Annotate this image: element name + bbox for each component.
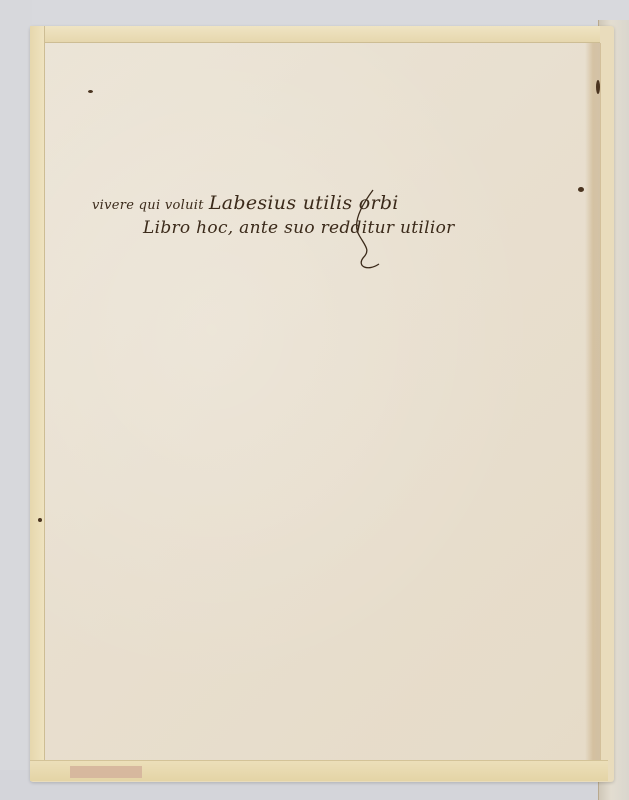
inscription-line-2: Libro hoc, ante suo redditur utilior [143, 218, 455, 238]
spine-hinge-stain [585, 43, 601, 760]
inscription-prefix: vivere qui voluit [92, 198, 204, 213]
ink-spot [38, 518, 42, 522]
pastedown-paper [45, 43, 600, 760]
backdrop [0, 0, 32, 800]
inscription-main: Labesius utilis orbi [209, 192, 399, 214]
ink-spot [88, 90, 93, 93]
vellum-turn-in-left [30, 26, 45, 766]
inscription-line-1: vivere qui voluit Labesius utilis orbi [92, 192, 399, 214]
vellum-turn-in-top [30, 26, 600, 43]
label-strip [70, 766, 142, 778]
ink-spot [596, 80, 600, 94]
ink-spot [578, 187, 584, 192]
inscription-line-2-text: Libro hoc, ante suo redditur utilior [143, 218, 455, 238]
